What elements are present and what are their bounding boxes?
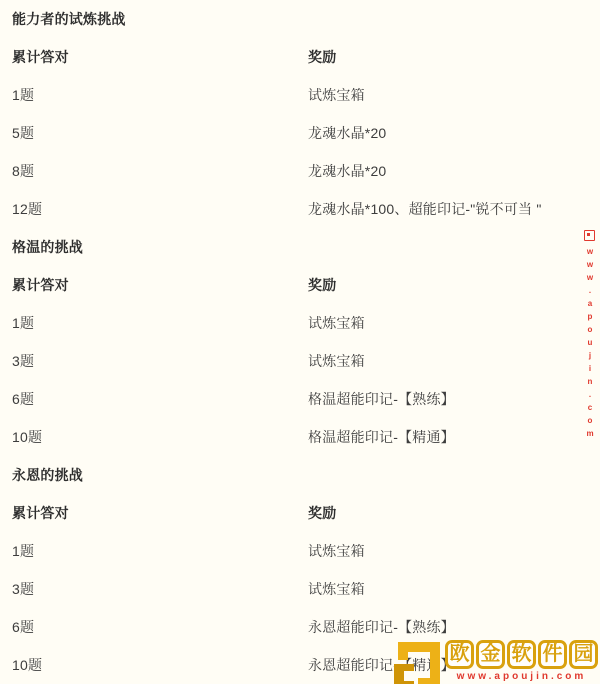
site-name-stamps: 欧 金 软 件 园 xyxy=(445,640,598,669)
section-title-yone: 永恩的挑战 xyxy=(12,456,596,494)
answer-count-cell: 3题 xyxy=(12,354,308,368)
site-watermark-url: www.apoujin.com xyxy=(457,671,587,682)
rewards-article: 能力者的试炼挑战 累计答对 奖励 1题 试炼宝箱 5题 龙魂水晶*20 8题 龙… xyxy=(0,0,600,684)
stamp-char: 欧 xyxy=(445,640,474,669)
answer-count-cell: 10题 xyxy=(12,658,308,672)
column-header-answers: 累计答对 xyxy=(12,278,308,292)
reward-cell: 龙魂水晶*100、超能印记-"锐不可当 " xyxy=(308,202,596,216)
answer-count-cell: 5题 xyxy=(12,126,308,140)
stamp-char: 园 xyxy=(569,640,598,669)
section-title-gwen: 格温的挑战 xyxy=(12,228,596,266)
answer-count-cell: 1题 xyxy=(12,88,308,102)
reward-cell: 试炼宝箱 xyxy=(308,316,596,330)
stamp-char: 件 xyxy=(538,640,567,669)
site-watermark: 欧 金 软 件 园 www.apoujin.com xyxy=(392,638,598,684)
reward-cell: 试炼宝箱 xyxy=(308,582,596,596)
column-header-reward: 奖励 xyxy=(308,278,596,292)
table-row: 12题 龙魂水晶*100、超能印记-"锐不可当 " xyxy=(12,190,596,228)
answer-count-cell: 8题 xyxy=(12,164,308,178)
section-title-text: 永恩的挑战 xyxy=(12,468,83,482)
answer-count-cell: 1题 xyxy=(12,544,308,558)
table-row: 8题 龙魂水晶*20 xyxy=(12,152,596,190)
table-row: 6题 格温超能印记-【熟练】 xyxy=(12,380,596,418)
site-name-block: 欧 金 软 件 园 www.apoujin.com xyxy=(445,640,598,682)
table-header-row: 累计答对 奖励 xyxy=(12,266,596,304)
reward-cell: 试炼宝箱 xyxy=(308,88,596,102)
oujin-maze-logo-icon xyxy=(392,638,442,684)
column-header-answers: 累计答对 xyxy=(12,50,308,64)
answer-count-cell: 10题 xyxy=(12,430,308,444)
answer-count-cell: 6题 xyxy=(12,392,308,406)
table-row: 1题 试炼宝箱 xyxy=(12,532,596,570)
table-header-row: 累计答对 奖励 xyxy=(12,494,596,532)
section-title-trial: 能力者的试炼挑战 xyxy=(12,0,596,38)
reward-cell: 永恩超能印记-【熟练】 xyxy=(308,620,596,634)
answer-count-cell: 1题 xyxy=(12,316,308,330)
table-row: 1题 试炼宝箱 xyxy=(12,304,596,342)
reward-cell: 试炼宝箱 xyxy=(308,544,596,558)
table-row: 10题 格温超能印记-【精通】 xyxy=(12,418,596,456)
table-row: 3题 试炼宝箱 xyxy=(12,570,596,608)
reward-cell: 龙魂水晶*20 xyxy=(308,126,596,140)
reward-cell: 龙魂水晶*20 xyxy=(308,164,596,178)
section-title-text: 能力者的试炼挑战 xyxy=(12,12,126,26)
reward-cell: 格温超能印记-【精通】 xyxy=(308,430,596,444)
answer-count-cell: 12题 xyxy=(12,202,308,216)
side-watermark-url: www.apoujin.com xyxy=(586,247,594,442)
answer-count-cell: 6题 xyxy=(12,620,308,634)
reward-cell: 格温超能印记-【熟练】 xyxy=(308,392,596,406)
reward-cell: 试炼宝箱 xyxy=(308,354,596,368)
stamp-char: 金 xyxy=(476,640,505,669)
table-row: 1题 试炼宝箱 xyxy=(12,76,596,114)
table-row: 5题 龙魂水晶*20 xyxy=(12,114,596,152)
side-watermark: www.apoujin.com xyxy=(584,230,595,442)
column-header-reward: 奖励 xyxy=(308,50,596,64)
apoujin-square-icon xyxy=(584,230,595,241)
section-title-text: 格温的挑战 xyxy=(12,240,83,254)
stamp-char: 软 xyxy=(507,640,536,669)
table-row: 3题 试炼宝箱 xyxy=(12,342,596,380)
answer-count-cell: 3题 xyxy=(12,582,308,596)
table-header-row: 累计答对 奖励 xyxy=(12,38,596,76)
column-header-reward: 奖励 xyxy=(308,506,596,520)
column-header-answers: 累计答对 xyxy=(12,506,308,520)
